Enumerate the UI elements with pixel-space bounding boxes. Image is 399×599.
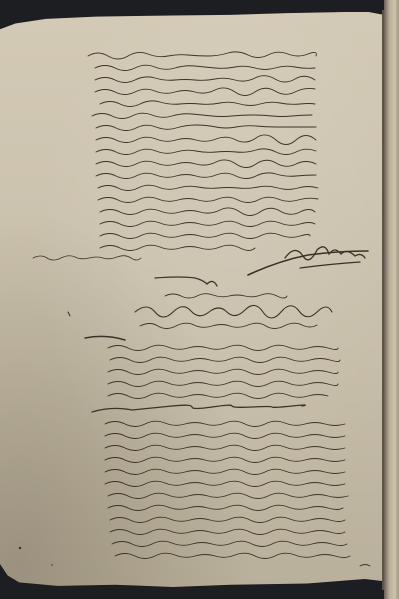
ink-spot — [19, 547, 21, 549]
handwriting-ink — [0, 0, 399, 599]
ink-spot — [51, 564, 53, 566]
upper-paragraph — [88, 52, 318, 251]
margin-mark — [68, 312, 70, 316]
lower-paragraph — [92, 405, 370, 566]
margin-note — [33, 256, 141, 260]
signature — [248, 247, 368, 275]
middle-paragraph — [85, 336, 340, 398]
heading-block — [135, 277, 332, 329]
